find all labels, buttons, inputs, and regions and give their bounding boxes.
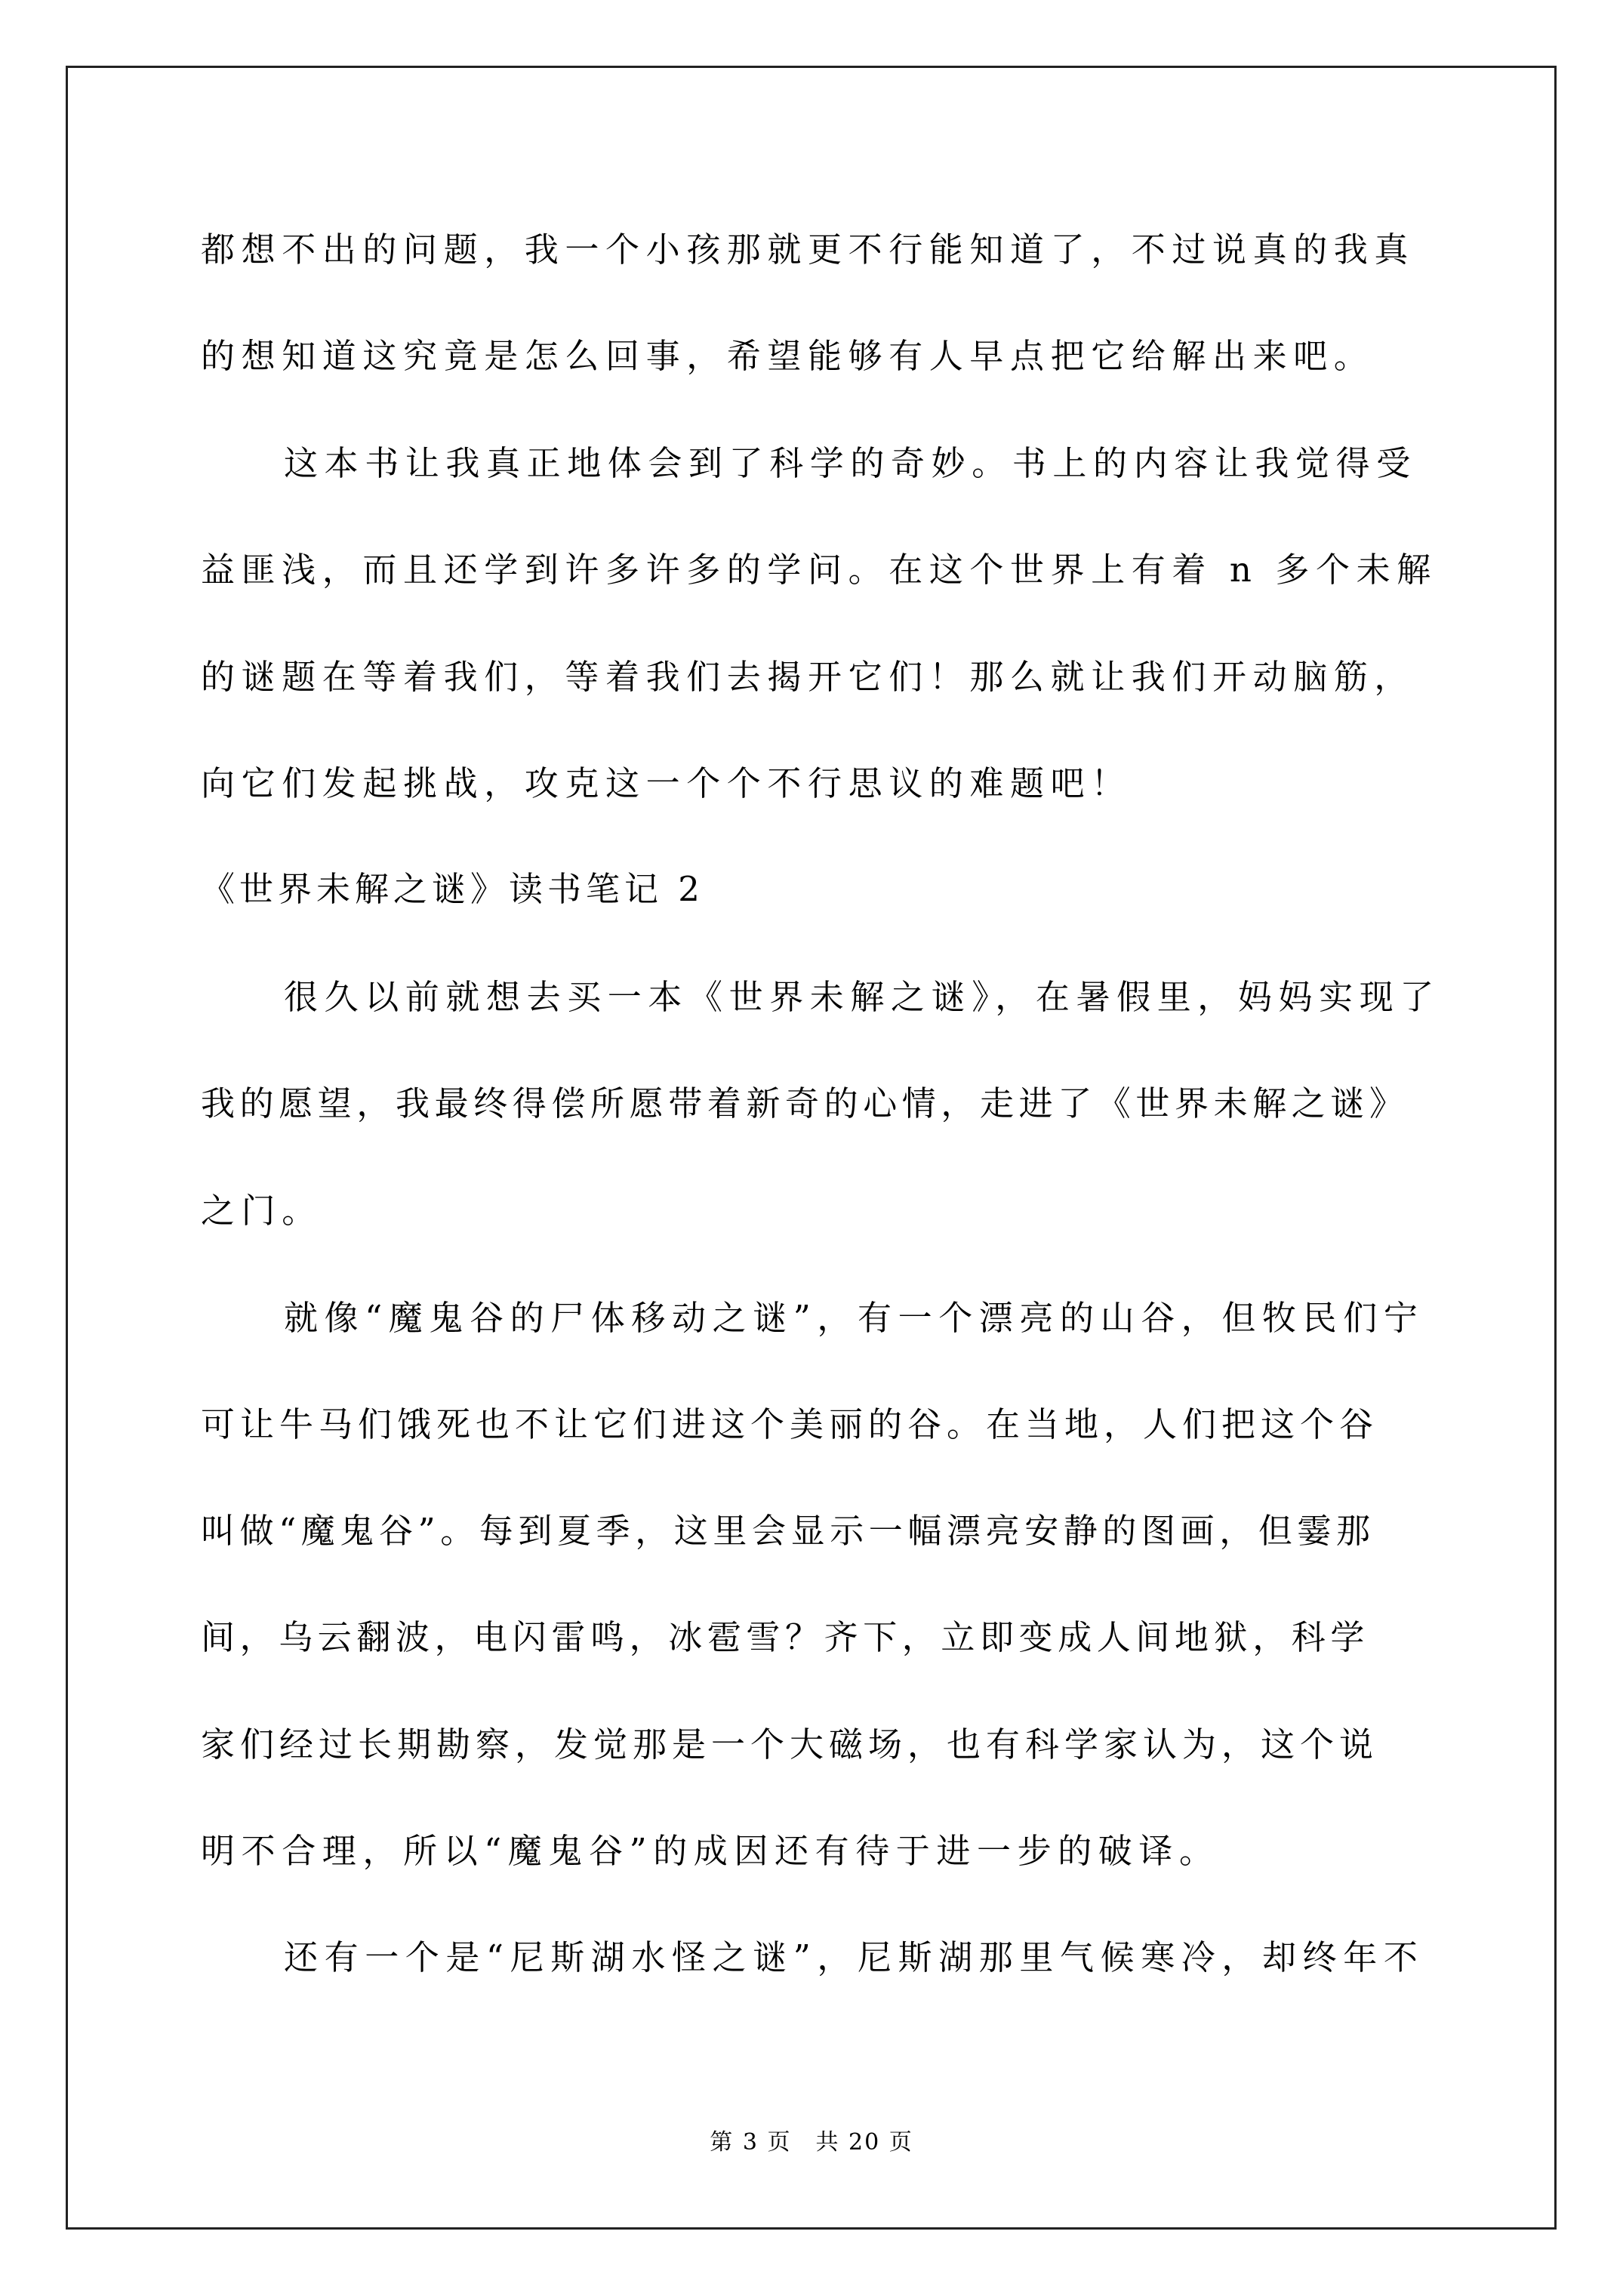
text-line-paragraph-start: 还有一个是“尼斯湖水怪之谜”，尼斯湖那里气候寒冷，却终年不 bbox=[284, 1935, 1424, 1980]
section-heading: 《世界未解之谜》读书笔记 2 bbox=[201, 867, 704, 912]
text-line-paragraph-start: 这本书让我真正地体会到了科学的奇妙。书上的内容让我觉得受 bbox=[284, 441, 1417, 486]
text-line: 家们经过长期勘察，发觉那是一个大磁场，也有科学家认为，这个说 bbox=[201, 1722, 1378, 1767]
text-line: 益匪浅，而且还学到许多许多的学问。在这个世界上有着 n 多个未解 bbox=[201, 547, 1437, 593]
text-line: 间，乌云翻波，电闪雷鸣，冰雹雪？齐下，立即变成人间地狱，科学 bbox=[201, 1615, 1369, 1660]
page-number-footer: 第 3 页 共 20 页 bbox=[0, 2128, 1623, 2158]
page-border bbox=[66, 66, 1557, 2230]
text-line: 明不合理，所以“魔鬼谷”的成因还有待于进一步的破译。 bbox=[201, 1829, 1220, 1874]
text-line: 的谜题在等着我们，等着我们去揭开它们！那么就让我们开动脑筋， bbox=[201, 655, 1415, 700]
text-line-paragraph-start: 就像“魔鬼谷的尸体移动之谜”，有一个漂亮的山谷，但牧民们宁 bbox=[284, 1296, 1424, 1341]
text-line: 叫做“魔鬼谷”。每到夏季，这里会显示一幅漂亮安静的图画，但霎那 bbox=[201, 1509, 1375, 1554]
text-line-paragraph-start: 很久以前就想去买一本《世界未解之谜》，在暑假里，妈妈实现了 bbox=[284, 975, 1440, 1020]
text-line: 可让牛马们饿死也不让它们进这个美丽的谷。在当地，人们把这个谷 bbox=[201, 1402, 1378, 1447]
text-line: 我的愿望，我最终得偿所愿带着新奇的心情，走进了《世界未解之谜》 bbox=[201, 1081, 1409, 1126]
text-line: 都想不出的问题，我一个小孩那就更不行能知道了，不过说真的我真 bbox=[201, 227, 1415, 273]
text-line: 之门。 bbox=[201, 1188, 322, 1234]
text-line: 的想知道这究竟是怎么回事，希望能够有人早点把它给解出来吧。 bbox=[201, 334, 1374, 379]
text-line: 向它们发起挑战，攻克这一个个不行思议的难题吧！ bbox=[201, 761, 1132, 806]
